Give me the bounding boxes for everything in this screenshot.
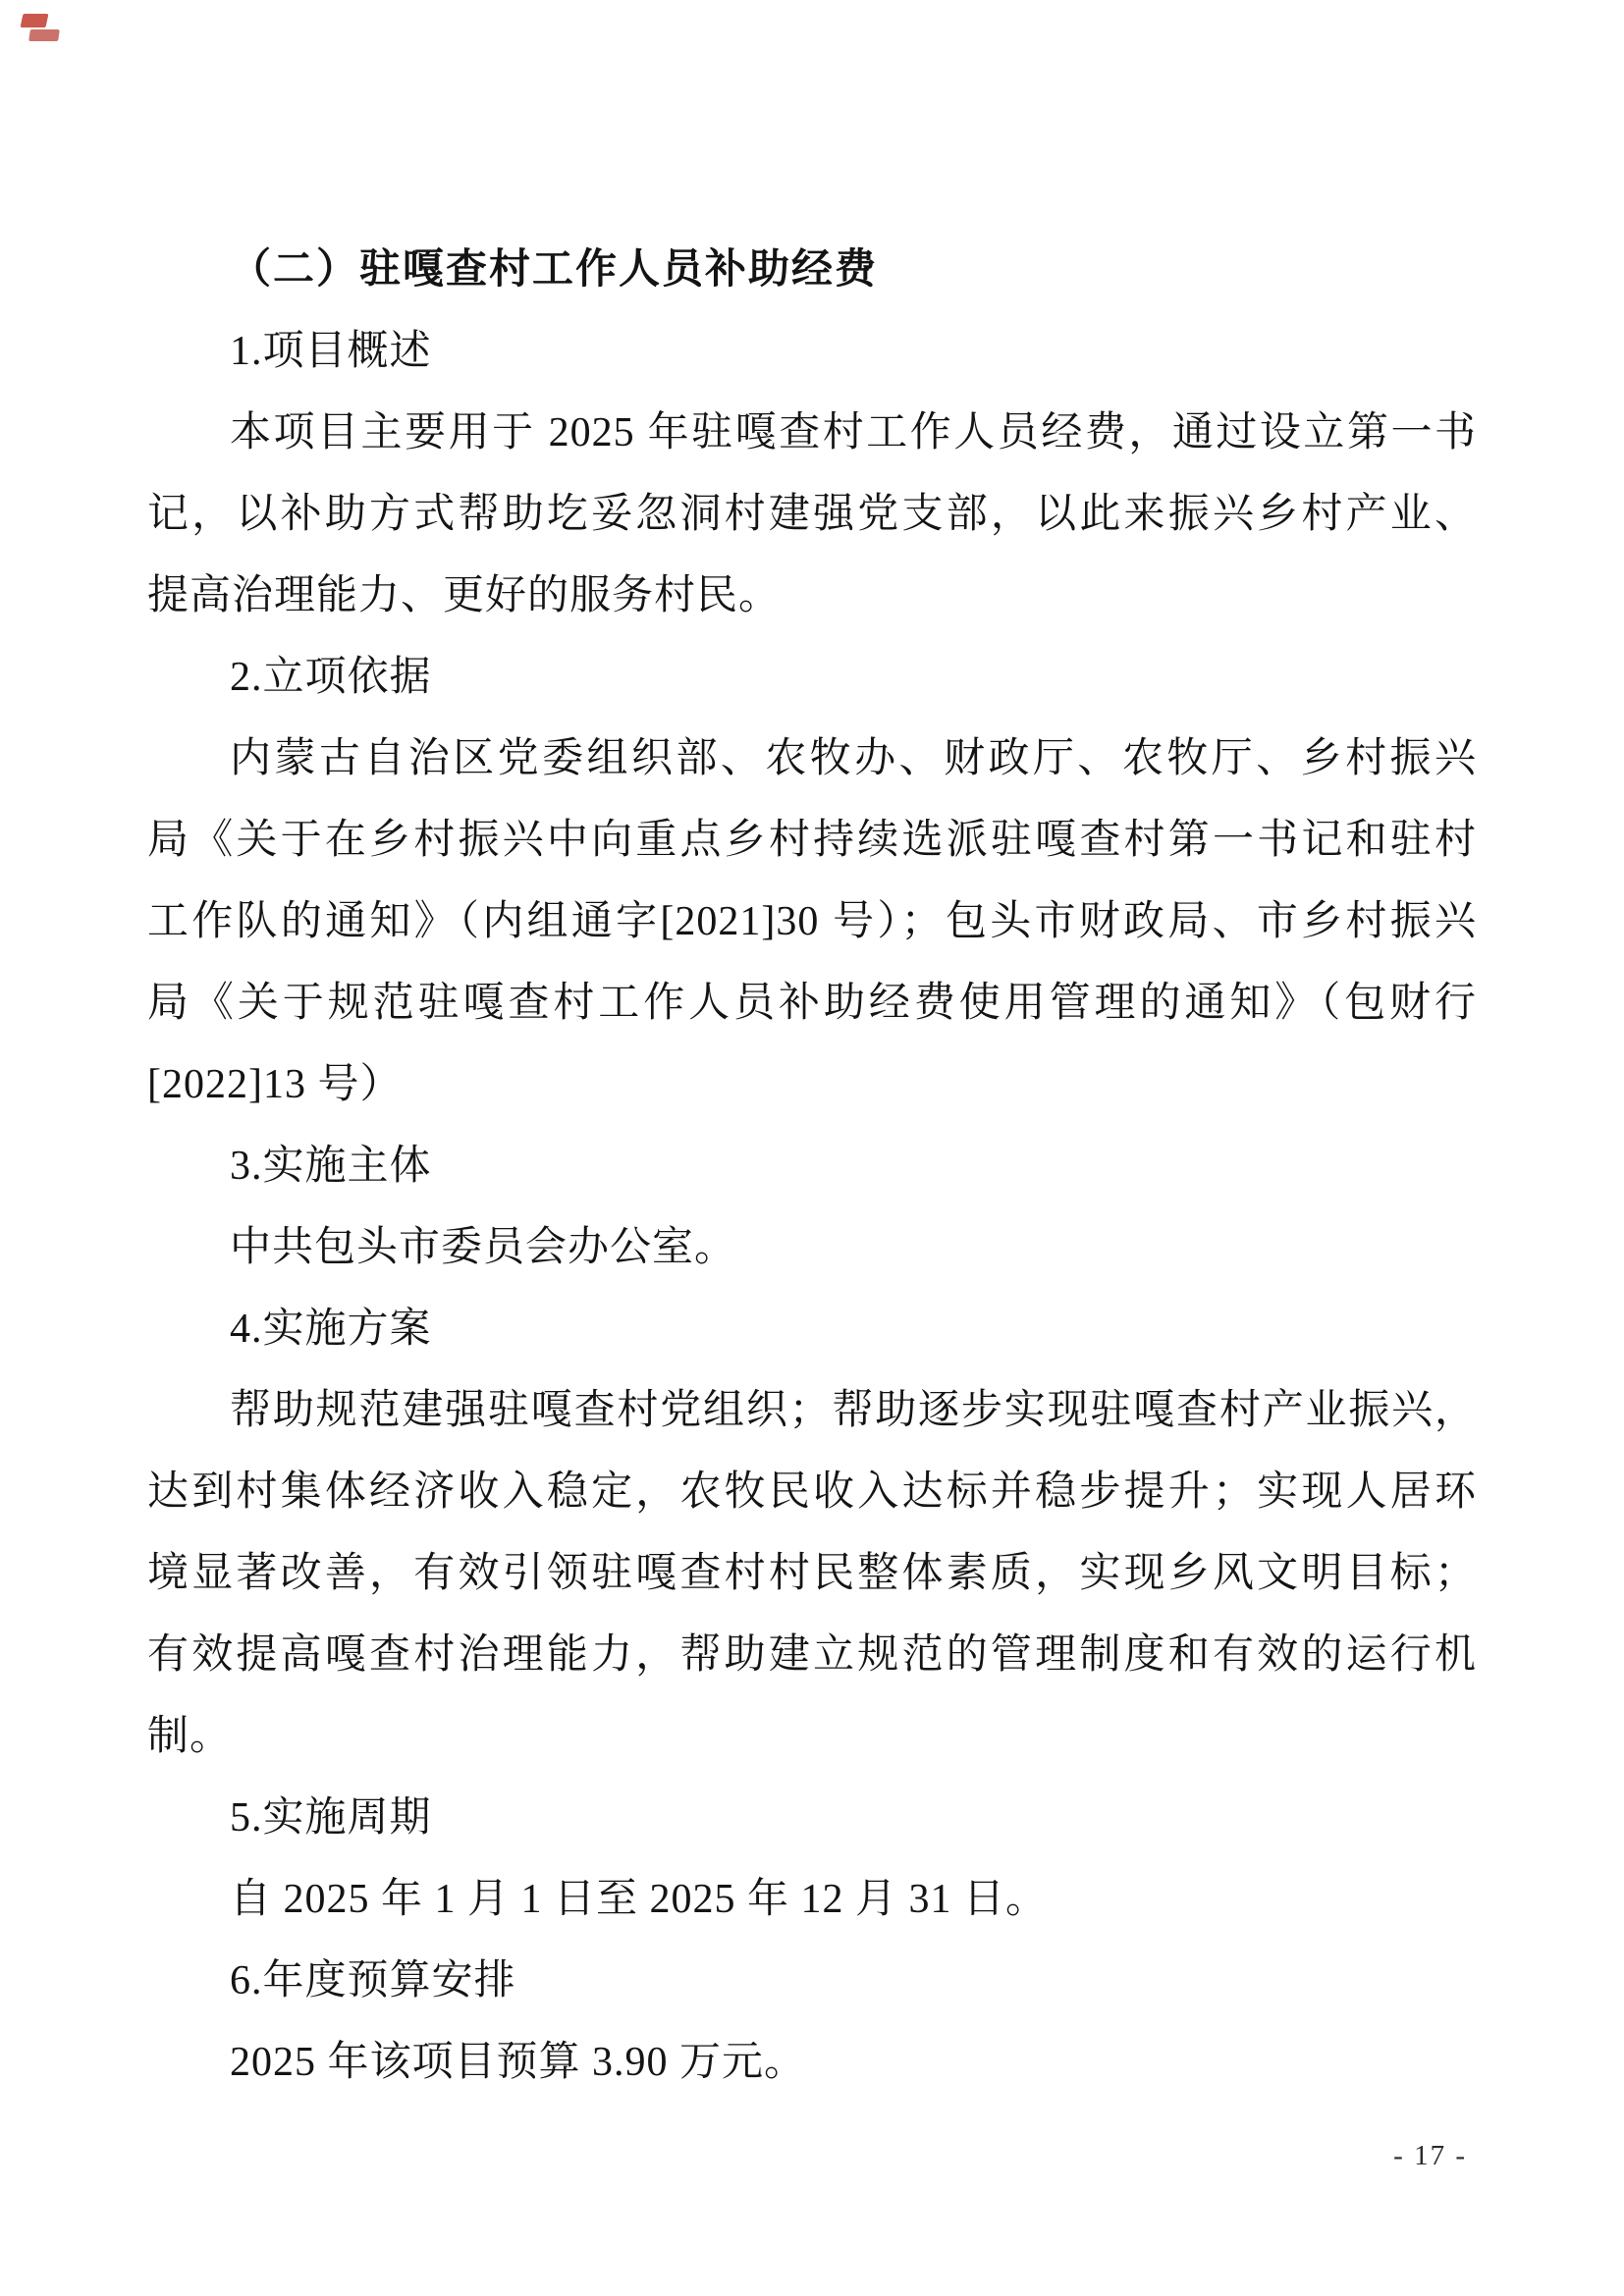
red-scan-artifact (22, 12, 63, 45)
section-heading: （二）驻嘎查村工作人员补助经费 (147, 230, 1477, 311)
subheading-implementer: 3.实施主体 (147, 1126, 1477, 1207)
paragraph-line: 内蒙古自治区党委组织部、农牧办、财政厅、农牧厅、乡村振兴 (147, 719, 1477, 800)
paragraph-line: [2022]13 号） (147, 1044, 1477, 1126)
subheading-basis: 2.立项依据 (147, 637, 1477, 719)
subheading-overview: 1.项目概述 (147, 311, 1477, 393)
page-number: - 17 - (1393, 2138, 1467, 2173)
document-body: （二）驻嘎查村工作人员补助经费 1.项目概述 本项目主要用于 2025 年驻嘎查… (147, 230, 1477, 2104)
paragraph-line: 本项目主要用于 2025 年驻嘎查村工作人员经费，通过设立第一书 (147, 393, 1477, 474)
subheading-budget: 6.年度预算安排 (147, 1941, 1477, 2022)
paragraph-line: 境显著改善，有效引领驻嘎查村村民整体素质，实现乡风文明目标； (147, 1533, 1477, 1615)
subheading-period: 5.实施周期 (147, 1778, 1477, 1859)
paragraph-line: 2025 年该项目预算 3.90 万元。 (147, 2022, 1477, 2104)
paragraph-line: 自 2025 年 1 月 1 日至 2025 年 12 月 31 日。 (147, 1859, 1477, 1941)
paragraph-line: 工作队的通知》（内组通字[2021]30 号）；包头市财政局、市乡村振兴 (147, 881, 1477, 963)
document-page: （二）驻嘎查村工作人员补助经费 1.项目概述 本项目主要用于 2025 年驻嘎查… (0, 0, 1624, 2296)
paragraph-line: 局《关于规范驻嘎查村工作人员补助经费使用管理的通知》（包财行 (147, 963, 1477, 1044)
paragraph-line: 局《关于在乡村振兴中向重点乡村持续选派驻嘎查村第一书记和驻村 (147, 800, 1477, 881)
paragraph-line: 达到村集体经济收入稳定，农牧民收入达标并稳步提升；实现人居环 (147, 1452, 1477, 1533)
paragraph-line: 记，以补助方式帮助圪妥忽洞村建强党支部，以此来振兴乡村产业、 (147, 474, 1477, 556)
paragraph-line: 帮助规范建强驻嘎查村党组织；帮助逐步实现驻嘎查村产业振兴， (147, 1370, 1477, 1452)
paragraph-line: 提高治理能力、更好的服务村民。 (147, 556, 1477, 637)
subheading-plan: 4.实施方案 (147, 1289, 1477, 1370)
paragraph-line: 有效提高嘎查村治理能力，帮助建立规范的管理制度和有效的运行机 (147, 1615, 1477, 1696)
paragraph-line: 制。 (147, 1696, 1477, 1778)
paragraph-line: 中共包头市委员会办公室。 (147, 1207, 1477, 1289)
